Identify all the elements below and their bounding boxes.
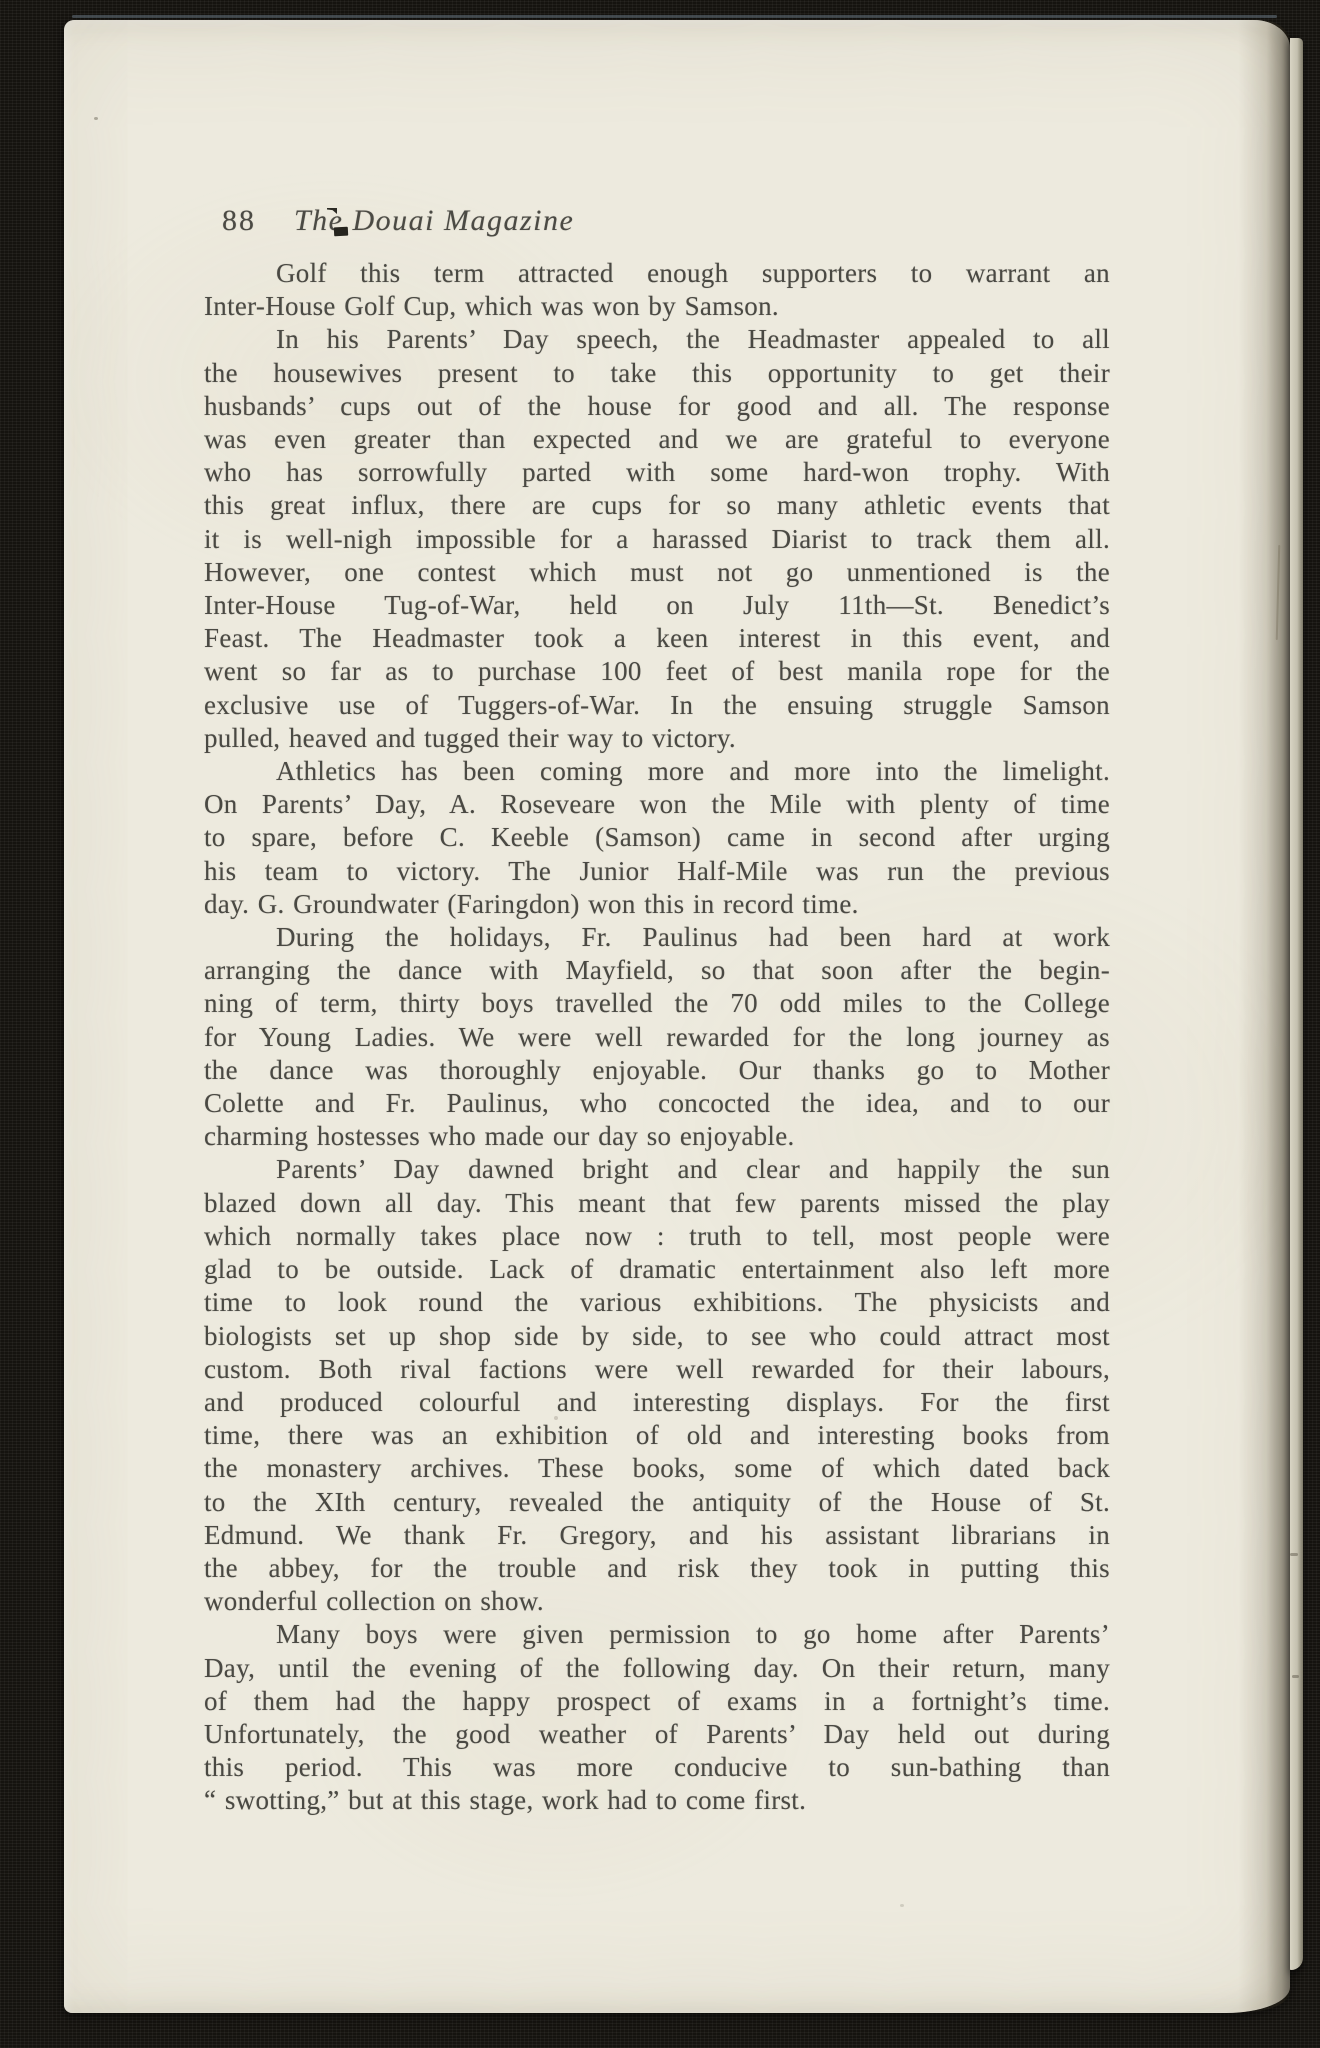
text-line: During the holidays, Fr. Paulinus had be… [204,921,1110,954]
text-line: pulled, heaved and tugged their way to v… [204,722,1110,755]
text-line: Unfortunately, the good weather of Paren… [204,1718,1110,1751]
text-line: husbands’ cups out of the house for good… [204,390,1110,423]
book-photo: { "page": { "page_number": "88", "header… [0,0,1320,2048]
text-line: charming hostesses who made our day so e… [204,1120,1110,1153]
text-line: Day, until the evening of the following … [204,1652,1110,1685]
fore-edge-nick [1290,1553,1298,1556]
text-line: day. G. Groundwater (Faringdon) won this… [204,888,1110,921]
text-line: the housewives present to take this oppo… [204,357,1110,390]
text-line: custom. Both rival factions were well re… [204,1353,1110,1386]
page-text: Golf this term attracted enough supporte… [204,257,1110,1818]
text-line: this period. This was more conducive to … [204,1751,1110,1784]
page-header: 88 The Douai Magazine [222,204,574,238]
text-line: this great influx, there are cups for so… [204,489,1110,522]
text-line: arranging the dance with Mayfield, so th… [204,954,1110,987]
page-number: 88 [222,204,256,238]
ink-blot-mark [334,227,348,237]
text-line: Feast. The Headmaster took a keen intere… [204,622,1110,655]
text-line: “ swotting,” but at this stage, work had… [204,1784,1110,1817]
text-line: the abbey, for the trouble and risk they… [204,1552,1110,1585]
text-line: On Parents’ Day, A. Roseveare won the Mi… [204,788,1110,821]
paragraph: During the holidays, Fr. Paulinus had be… [204,921,1110,1153]
text-line: for Young Ladies. We were well rewarded … [204,1021,1110,1054]
text-line: time, there was an exhibition of old and… [204,1419,1110,1452]
text-line: wonderful collection on show. [204,1585,1110,1618]
text-line: Edmund. We thank Fr. Gregory, and his as… [204,1519,1110,1552]
paragraph: Golf this term attracted enough supporte… [204,257,1110,323]
text-line: blazed down all day. This meant that few… [204,1187,1110,1220]
scan-speck [900,1904,904,1907]
text-line: and produced colourful and interesting d… [204,1386,1110,1419]
fore-edge-nick [1292,1675,1299,1678]
text-line: Parents’ Day dawned bright and clear and… [204,1153,1110,1186]
text-line: which normally takes place now : truth t… [204,1220,1110,1253]
text-line: of them had the happy prospect of exams … [204,1685,1110,1718]
scan-speck [554,1416,558,1420]
text-line: to spare, before C. Keeble (Samson) came… [204,821,1110,854]
paragraph: Many boys were given permission to go ho… [204,1618,1110,1817]
text-line: Athletics has been coming more and more … [204,755,1110,788]
book-fore-edge [1290,38,1303,1970]
text-line: Inter-House Tug-of-War, held on July 11t… [204,589,1110,622]
text-line: went so far as to purchase 100 feet of b… [204,655,1110,688]
paragraph: Athletics has been coming more and more … [204,755,1110,921]
text-line: who has sorrowfully parted with some har… [204,456,1110,489]
text-line: it is well-nigh impossible for a harasse… [204,523,1110,556]
text-line: Inter-House Golf Cup, which was won by S… [204,290,1110,323]
paragraph: Parents’ Day dawned bright and clear and… [204,1153,1110,1618]
text-line: However, one contest which must not go u… [204,556,1110,589]
book-page: 88 The Douai Magazine Golf this term att… [64,20,1290,2013]
scan-speck [94,117,98,120]
text-line: time to look round the various exhibitio… [204,1286,1110,1319]
text-line: ning of term, thirty boys travelled the … [204,987,1110,1020]
page-top-edge-highlight [72,15,1277,18]
text-line: Golf this term attracted enough supporte… [204,257,1110,290]
text-line: Many boys were given permission to go ho… [204,1618,1110,1651]
text-line: biologists set up shop side by side, to … [204,1320,1110,1353]
text-line: exclusive use of Tuggers-of-War. In the … [204,689,1110,722]
page-gutter-shadow [1238,20,1290,2013]
text-line: was even greater than expected and we ar… [204,423,1110,456]
text-line: to the XIth century, revealed the antiqu… [204,1486,1110,1519]
text-line: Colette and Fr. Paulinus, who concocted … [204,1087,1110,1120]
paragraph: In his Parents’ Day speech, the Headmast… [204,323,1110,755]
text-line: the monastery archives. These books, som… [204,1452,1110,1485]
text-line: the dance was thoroughly enjoyable. Our … [204,1054,1110,1087]
text-line: glad to be outside. Lack of dramatic ent… [204,1253,1110,1286]
text-line: In his Parents’ Day speech, the Headmast… [204,323,1110,356]
text-line: his team to victory. The Junior Half-Mil… [204,855,1110,888]
